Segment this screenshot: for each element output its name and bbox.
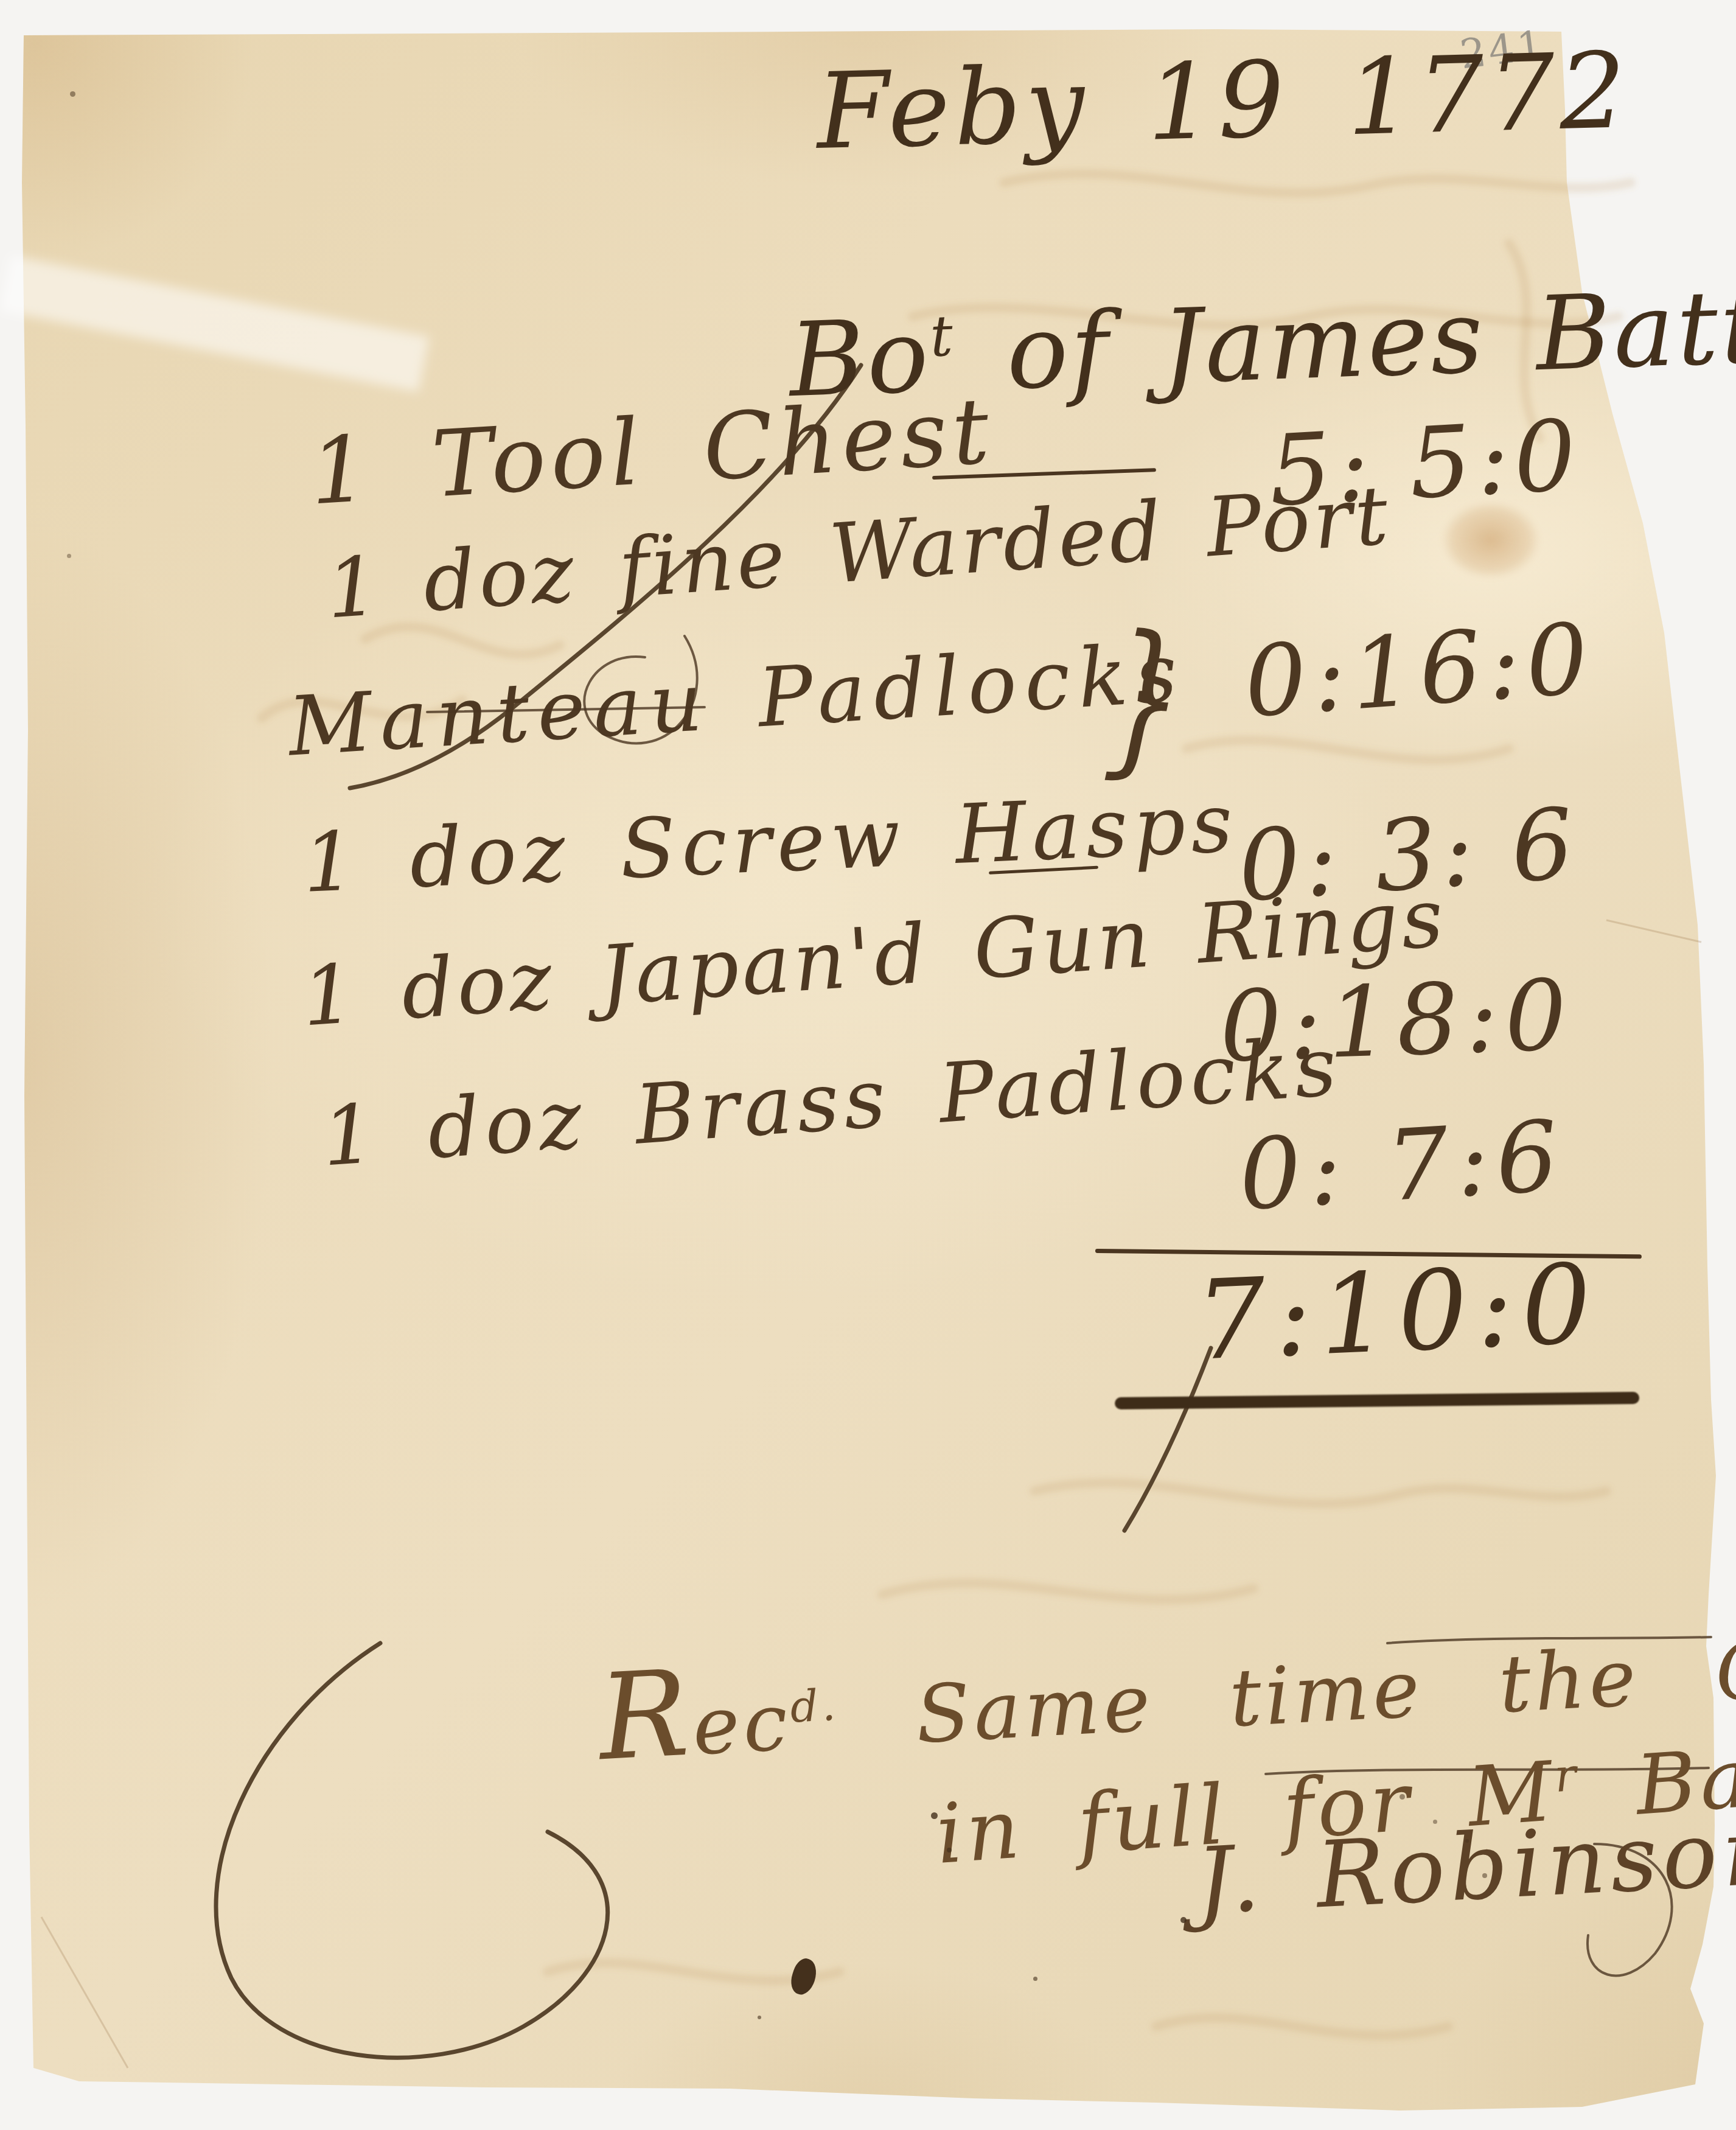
ink-speck: [67, 554, 71, 558]
receipt-line2-sup: r: [1553, 1748, 1581, 1803]
bought-abbrev-sup: t: [929, 303, 957, 369]
item-5-price: 0: 7:6: [1236, 1107, 1568, 1224]
ink-speck: [1033, 1977, 1037, 1981]
ink-speck: [758, 2016, 761, 2019]
document-scan: 241 Feby 19 1772 Bot of James Battall 1 …: [0, 0, 1736, 2130]
ink-speck: [1465, 1839, 1469, 1843]
crease-bottom-left: [41, 1917, 128, 2068]
ink-speck: [1180, 1917, 1187, 1923]
ink-speck: [1400, 1794, 1405, 1800]
total-value: 7:10:0: [1194, 1249, 1602, 1377]
receipt-initial: R: [596, 1644, 695, 1787]
ink-speck: [947, 1848, 952, 1852]
ink-speck: [1433, 1820, 1437, 1824]
total-seven-descender: [1124, 1348, 1211, 1531]
ink-speck: [1482, 1873, 1487, 1878]
ink-speck: [931, 1812, 938, 1819]
crease-right: [1606, 920, 1701, 942]
ink-speck: [70, 91, 75, 97]
item-2-brace: }: [1101, 612, 1189, 784]
bought-rest: of James Battall: [953, 262, 1736, 414]
date-line: Feby 19 1772: [815, 38, 1631, 164]
item-2-price: 0:16:0: [1241, 610, 1597, 732]
